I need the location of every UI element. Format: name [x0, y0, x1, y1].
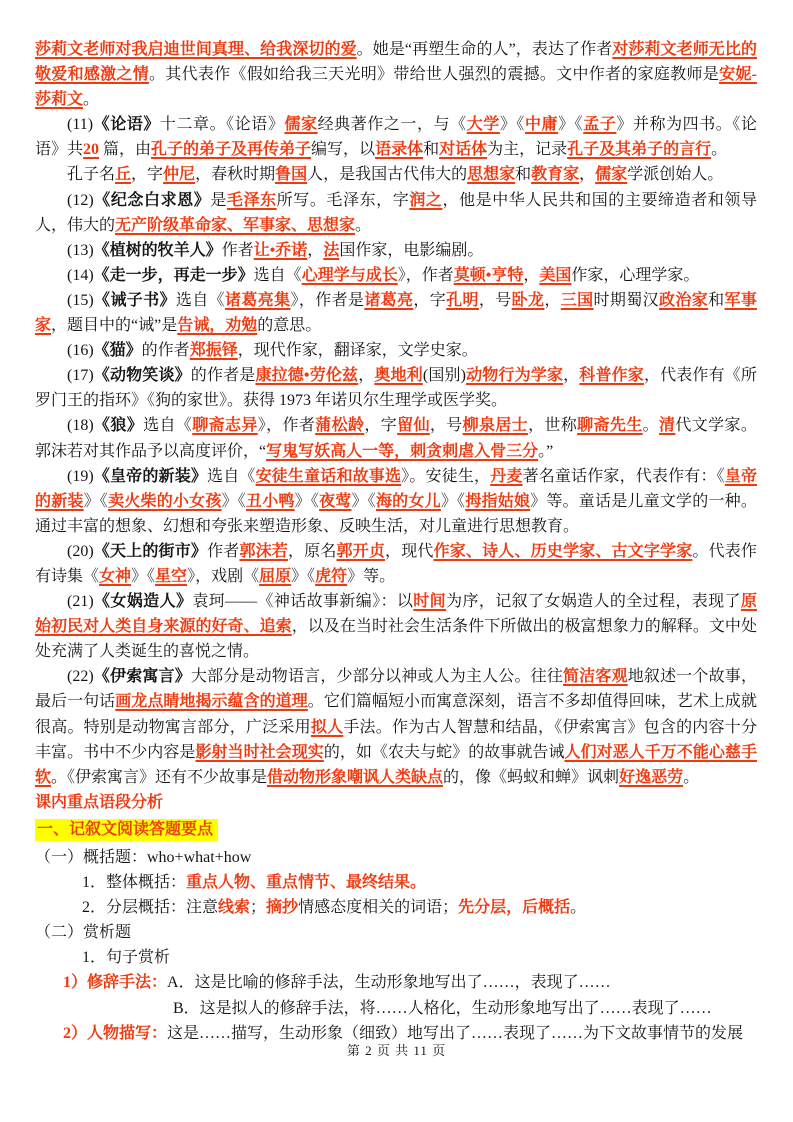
text-run: 让•乔诺 — [254, 242, 308, 259]
text-run: 》等。 — [347, 568, 395, 585]
paragraph: 孔子名丘，字仲尼，春秋时期鲁国人，是我国古代伟大的思想家和教育家，儒家学派创始人… — [35, 162, 757, 187]
text-run: 柳泉居士 — [463, 417, 528, 434]
text-run: ， — [579, 166, 595, 183]
text-run: 》《 — [558, 116, 583, 133]
paragraph: 1．整体概括：重点人物、重点情节、最终结果。 — [35, 870, 757, 895]
text-run: 《猫》 — [94, 342, 142, 359]
text-run: 篇，由 — [99, 141, 151, 158]
text-run: 的意思。 — [257, 317, 321, 334]
paragraph: (18)《狼》选自《聊斋志异》，作者蒲松龄，字留仙，号柳泉居士，世称聊斋先生。清… — [35, 413, 757, 463]
text-run: 奥地利 — [374, 367, 422, 384]
text-run: 人，是我国古代伟大的 — [307, 166, 467, 183]
text-run: 线索 — [218, 899, 250, 916]
text-run: 好逸恶劳 — [619, 769, 683, 786]
yellow-highlight: 一、记叙文阅读答题要点 — [35, 819, 218, 841]
text-run: 诸葛亮 — [364, 292, 413, 309]
text-run: 和 — [423, 141, 439, 158]
paragraph: 2．分层概括：注意线索；摘抄情感态度相关的词语；先分层，后概括。 — [35, 895, 757, 920]
text-run: 《皇帝的新装》 — [94, 468, 207, 485]
text-run: 蒲松龄 — [315, 417, 364, 434]
text-run: 重点人物、重点情节、最终结果。 — [186, 874, 426, 891]
text-run: 选自《 — [143, 417, 192, 434]
text-run: 丑小鸭 — [246, 493, 295, 510]
page-footer: 第 2 页 共 11 页 — [0, 1040, 793, 1059]
paragraph: （一）概括题：who+what+how — [35, 845, 757, 870]
text-run: 20 — [83, 141, 99, 158]
text-run: 借动物形象嘲讽人类缺点 — [267, 769, 443, 786]
text-run: 《论语》 — [93, 116, 160, 133]
text-run: 课内重点语段分析 — [35, 794, 163, 811]
paragraph: (22)《伊索寓言》大部分是动物语言，少部分以神或人为主人公。往往简洁客观地叙述… — [35, 664, 757, 789]
text-run: 告诫，劝勉 — [177, 317, 257, 334]
text-run: ，字 — [413, 292, 446, 309]
text-run: 和 — [708, 292, 724, 309]
paragraph: (13)《植树的牧羊人》作者让•乔诺，法国作家，电影编剧。 — [35, 238, 757, 263]
text-run: 《诫子书》 — [94, 292, 176, 309]
text-run: 选自《 — [176, 292, 225, 309]
text-run: 先分层，后概括 — [458, 899, 570, 916]
text-run: 袁珂——《神话故事新编》：以 — [192, 593, 413, 610]
text-run: 《走一步，再走一步》 — [94, 267, 254, 284]
text-run: ，字 — [131, 166, 163, 183]
text-run: 作者 — [222, 242, 254, 259]
text-run: 》，作者是 — [290, 292, 364, 309]
text-run: 经典著作之一，与《 — [318, 116, 467, 133]
text-run: 。 — [643, 417, 659, 434]
text-run: 影射当时社会现实 — [195, 744, 323, 761]
text-run: 1）修辞手法： — [63, 974, 167, 991]
text-run: 画龙点睛地揭示蕴含的道理 — [115, 693, 308, 710]
text-run: 孔子名 — [67, 166, 115, 183]
text-run: ； — [250, 899, 266, 916]
text-run: ，现代作家，翻译家，文学史家。 — [238, 342, 478, 359]
paragraph: 莎莉文老师对我启迪世间真理、给我深切的爱。她是“再塑生命的人”，表达了作者对莎莉… — [35, 37, 757, 112]
text-run: 《动物笑谈》 — [94, 367, 191, 384]
text-run: 美国 — [539, 267, 571, 284]
text-run: 聊斋先生 — [577, 417, 642, 434]
text-run: 动物行为学家 — [466, 367, 563, 384]
text-run: 作家、诗人、历史学家、古文字学家 — [434, 543, 693, 560]
text-run: 郭开贞 — [337, 543, 386, 560]
text-run: 》，作者 — [258, 417, 315, 434]
paragraph: B．这是拟人的修辞手法，将……人格化，生动形象地写出了……表现了…… — [35, 996, 757, 1021]
paragraph: (12)《纪念白求恩》是毛泽东所写。毛泽东，字润之，他是中华人民共和国的主要缔造… — [35, 188, 757, 238]
text-run: 三国 — [561, 292, 594, 309]
text-run: (12) — [67, 192, 94, 209]
text-run: 诸葛亮集 — [225, 292, 290, 309]
text-run: 夜莺 — [319, 493, 351, 510]
text-run: ，原名 — [288, 543, 337, 560]
text-run: ，号 — [479, 292, 512, 309]
text-run: 聊斋志异 — [192, 417, 257, 434]
text-run: ，号 — [430, 417, 463, 434]
text-run: 郭沫若 — [239, 543, 288, 560]
paragraph: (11)《论语》十二章。《论语》儒家经典著作之一，与《大学》《中庸》《孟子》并称… — [35, 112, 757, 162]
text-run: 鲁国 — [275, 166, 307, 183]
paragraph: (16)《猫》的作者郑振铎，现代作家，翻译家，文学史家。 — [35, 338, 757, 363]
text-run: (20) — [67, 543, 94, 560]
text-run: 》《 — [131, 568, 155, 585]
text-run: (11) — [67, 116, 93, 133]
text-run: ， — [523, 267, 539, 284]
text-run: 十二章。《论语》 — [160, 116, 285, 133]
paragraph: 1．句子赏析 — [35, 945, 757, 970]
paragraph: (19)《皇帝的新装》选自《安徒生童话和故事选》。安徒生，丹麦著名童话作家，代表… — [35, 464, 757, 539]
text-run: 的作者 — [142, 342, 190, 359]
text-run: 政治家 — [659, 292, 708, 309]
text-run: 《植树的牧羊人》 — [94, 242, 222, 259]
text-run: 1．句子赏析 — [82, 949, 170, 966]
text-run: 安徒生童话和故事选 — [256, 468, 402, 485]
text-run: 儒家 — [284, 116, 317, 133]
text-run: ， — [307, 242, 323, 259]
text-run: 。 — [683, 769, 699, 786]
text-run: 《女娲造人》 — [94, 593, 193, 610]
text-run: 作家，心理学家。 — [571, 267, 699, 284]
text-run: 》《 — [222, 493, 246, 510]
text-run: 》《 — [291, 568, 315, 585]
text-run: 丹麦 — [490, 468, 522, 485]
section-heading: 课内重点语段分析 — [35, 790, 757, 815]
text-run: 。 — [83, 91, 99, 108]
text-run: 心理学与成长 — [302, 267, 398, 284]
text-run: 。 — [711, 141, 727, 158]
text-run: 一、记叙文阅读答题要点 — [37, 821, 213, 838]
text-run: (16) — [67, 342, 94, 359]
text-run: 法 — [323, 242, 339, 259]
text-run: 1．整体概括： — [82, 874, 186, 891]
text-run: （一）概括题：who+what+how — [35, 849, 251, 866]
text-run: 的，如《农夫与蛇》的故事就告诫 — [324, 744, 565, 761]
text-run: ， — [563, 367, 579, 384]
text-run: 的作者是 — [191, 367, 256, 384]
text-run: 毛泽东 — [227, 192, 277, 209]
text-run: A．这是比喻的修辞手法，生动形象地写出了……，表现了…… — [167, 974, 611, 991]
text-run: 作者 — [207, 543, 239, 560]
text-run: 《狼》 — [94, 417, 143, 434]
section-heading-highlighted: 一、记叙文阅读答题要点 — [35, 817, 757, 842]
text-run: 》。安徒生， — [401, 468, 490, 485]
text-run: 思想家 — [467, 166, 515, 183]
text-run: ， — [544, 292, 560, 309]
text-run: 拇指姑娘 — [465, 493, 530, 510]
text-run: 著名童话作家，代表作有：《 — [523, 468, 725, 485]
text-run: (19) — [67, 468, 94, 485]
text-run: 女神 — [99, 568, 131, 585]
text-run: 语录体 — [375, 141, 423, 158]
text-run: 选自《 — [207, 468, 256, 485]
text-run: 教育家 — [531, 166, 579, 183]
text-run: 》《 — [352, 493, 376, 510]
paragraph: (21)《女娲造人》袁珂——《神话故事新编》：以时间为序，记叙了女娲造人的全过程… — [35, 589, 757, 664]
text-run: 中庸 — [525, 116, 558, 133]
text-run: (14) — [67, 267, 94, 284]
text-run: 康拉德•劳伦兹 — [255, 367, 358, 384]
text-run: 卖火柴的小女孩 — [108, 493, 222, 510]
paragraph: 1）修辞手法：A．这是比喻的修辞手法，生动形象地写出了……，表现了…… — [35, 970, 757, 995]
text-run: 》，作者 — [398, 267, 454, 284]
text-run: 简洁客观 — [563, 668, 628, 685]
text-run: (21) — [67, 593, 94, 610]
text-run: B．这是拟人的修辞手法，将……人格化，生动形象地写出了……表现了…… — [173, 1000, 712, 1017]
text-run: 星空 — [155, 568, 187, 585]
text-run: 虎符 — [315, 568, 347, 585]
text-run: 时间 — [413, 593, 446, 610]
text-run: 大学 — [467, 116, 500, 133]
text-run: 》，戏剧《 — [187, 568, 259, 585]
text-run: ，题目中的“诫”是 — [51, 317, 177, 334]
text-run: ，春秋时期 — [195, 166, 275, 183]
paragraph: （二）赏析题 — [35, 920, 757, 945]
text-run: 郑振铎 — [190, 342, 238, 359]
text-run: 《纪念白求恩》 — [94, 192, 211, 209]
text-run: 海的女儿 — [376, 493, 441, 510]
text-run: 编写，以 — [311, 141, 375, 158]
text-run: 屈原 — [259, 568, 291, 585]
paragraph: (20)《天上的街市》作者郭沫若，原名郭开贞，现代作家、诗人、历史学家、古文字学… — [35, 539, 757, 589]
text-run: 。她是“再塑生命的人”，表达了作者 — [357, 41, 613, 58]
text-run: 《伊索寓言》 — [94, 668, 191, 685]
paragraph: (14)《走一步，再走一步》选自《心理学与成长》，作者莫顿•亨特，美国作家，心理… — [35, 263, 757, 288]
text-run: 。 — [355, 217, 371, 234]
text-run: (15) — [67, 292, 94, 309]
text-run: 孔子及其弟子的言行 — [567, 141, 711, 158]
text-run: 仲尼 — [163, 166, 195, 183]
text-run: 儒家 — [595, 166, 627, 183]
text-run: 国作家，电影编剧。 — [339, 242, 483, 259]
text-run: 大部分是动物语言，少部分以神或人为主人公。往往 — [191, 668, 563, 685]
text-run: 。《伊索寓言》还有不少故事是 — [51, 769, 267, 786]
text-run: 清 — [659, 417, 675, 434]
text-run: (18) — [67, 417, 94, 434]
text-run: 是 — [210, 192, 227, 209]
text-run: 》《 — [295, 493, 319, 510]
text-run: ，世称 — [528, 417, 577, 434]
paragraph: (17)《动物笑谈》的作者是康拉德•劳伦兹，奥地利(国别)动物行为学家，科普作家… — [35, 363, 757, 413]
text-run: 莎莉文老师对我启迪世间真理、给我深切的爱 — [35, 41, 357, 58]
text-run: 孔子的弟子及再传弟子 — [151, 141, 311, 158]
text-run: 选自《 — [254, 267, 302, 284]
text-run: 孔明 — [446, 292, 479, 309]
text-run: 留仙 — [397, 417, 430, 434]
text-run: 学派创始人。 — [627, 166, 723, 183]
text-run: 为序，记叙了女娲造人的全过程，表现了 — [446, 593, 741, 610]
text-run: 为主，记录 — [487, 141, 567, 158]
text-run: 孟子 — [583, 116, 616, 133]
text-run: 润之 — [409, 192, 442, 209]
text-run: (22) — [67, 668, 94, 685]
text-run: (国别) — [423, 367, 466, 384]
text-run: 。其代表作《假如给我三天光明》带给世人强烈的震撼。文中作者的家庭教师是 — [149, 66, 719, 83]
text-run: （二）赏析题 — [35, 924, 131, 941]
text-run: 丘 — [115, 166, 131, 183]
text-run: (13) — [67, 242, 94, 259]
text-run: (17) — [67, 367, 94, 384]
text-run: 》《 — [441, 493, 465, 510]
text-run: 拟人 — [311, 719, 343, 736]
text-run: 所写。毛泽东，字 — [277, 192, 410, 209]
text-run: 摘抄 — [266, 899, 298, 916]
text-run: 写鬼写妖高人一等，刺贪刺虐入骨三分 — [266, 443, 538, 460]
text-run: 》《 — [500, 116, 525, 133]
text-run: 》《 — [84, 493, 108, 510]
text-run: 的，像《蚂蚁和蝉》讽刺 — [443, 769, 619, 786]
text-run: 。 — [570, 899, 586, 916]
text-run: 2．分层概括：注意 — [82, 899, 218, 916]
text-run: ，现代 — [385, 543, 434, 560]
text-run: ， — [358, 367, 374, 384]
text-run: 莫顿•亨特 — [454, 267, 524, 284]
text-run: 科普作家 — [579, 367, 644, 384]
text-run: 情感态度相关的词语； — [298, 899, 458, 916]
paragraph: (15)《诫子书》选自《诸葛亮集》，作者是诸葛亮，字孔明，号卧龙，三国时期蜀汉政… — [35, 288, 757, 338]
text-run: 时期蜀汉 — [594, 292, 659, 309]
text-run: 。” — [538, 443, 553, 460]
text-run: 《天上的街市》 — [94, 543, 207, 560]
document-page: 莎莉文老师对我启迪世间真理、给我深切的爱。她是“再塑生命的人”，表达了作者对莎莉… — [0, 0, 793, 1046]
text-run: 对话体 — [439, 141, 487, 158]
text-run: 卧龙 — [512, 292, 545, 309]
text-run: 无产阶级革命家、军事家、思想家 — [115, 217, 355, 234]
text-run: ，字 — [364, 417, 397, 434]
text-run: 和 — [515, 166, 531, 183]
